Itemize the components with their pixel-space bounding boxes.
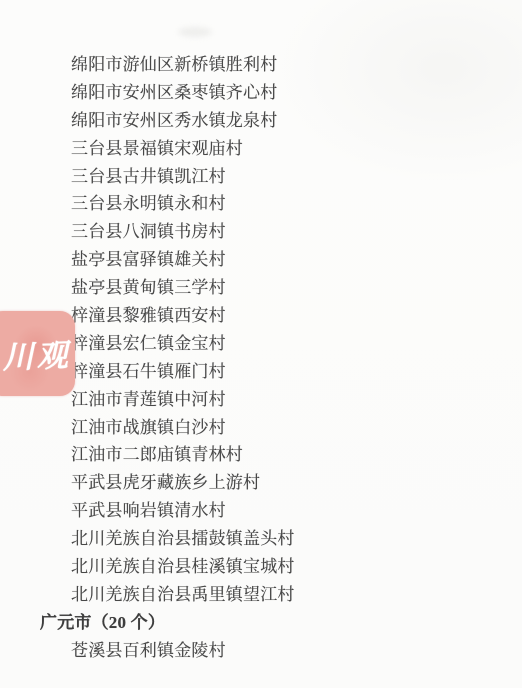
- village-item: 三台县八洞镇书房村: [0, 218, 522, 246]
- village-item: 梓潼县石牛镇雁门村: [0, 358, 522, 386]
- village-item: 三台县景福镇宋观庙村: [0, 135, 522, 163]
- village-item: 三台县古井镇凯江村: [0, 163, 522, 191]
- village-item: 三台县永明镇永和村: [0, 190, 522, 218]
- village-item: 北川羌族自治县桂溪镇宝城村: [0, 553, 522, 581]
- village-item: 盐亭县黄甸镇三学村: [0, 274, 522, 302]
- chuanguan-watermark-badge: 川观: [0, 311, 75, 396]
- village-item: 平武县虎牙藏族乡上游村: [0, 469, 522, 497]
- village-item: 梓潼县黎雅镇西安村: [0, 302, 522, 330]
- city-section-header: 广元市（20 个）: [0, 609, 522, 637]
- village-item: 绵阳市安州区桑枣镇齐心村: [0, 79, 522, 107]
- scan-smudge: [178, 27, 212, 37]
- chuanguan-watermark-text: 川观: [0, 310, 76, 398]
- village-item: 盐亭县富驿镇雄关村: [0, 246, 522, 274]
- village-item: 梓潼县宏仁镇金宝村: [0, 330, 522, 358]
- scanned-document-page: 绵阳市游仙区新桥镇胜利村绵阳市安州区桑枣镇齐心村绵阳市安州区秀水镇龙泉村三台县景…: [0, 0, 522, 688]
- village-item: 江油市二郎庙镇青林村: [0, 441, 522, 469]
- village-item: 平武县响岩镇清水村: [0, 497, 522, 525]
- village-item: 江油市青莲镇中河村: [0, 386, 522, 414]
- village-item: 绵阳市游仙区新桥镇胜利村: [0, 51, 522, 79]
- village-item: 苍溪县百利镇金陵村: [0, 637, 522, 665]
- village-item: 北川羌族自治县擂鼓镇盖头村: [0, 525, 522, 553]
- village-item: 绵阳市安州区秀水镇龙泉村: [0, 107, 522, 135]
- village-item: 北川羌族自治县禹里镇望江村: [0, 581, 522, 609]
- village-list: 绵阳市游仙区新桥镇胜利村绵阳市安州区桑枣镇齐心村绵阳市安州区秀水镇龙泉村三台县景…: [0, 51, 522, 665]
- village-item: 江油市战旗镇白沙村: [0, 414, 522, 442]
